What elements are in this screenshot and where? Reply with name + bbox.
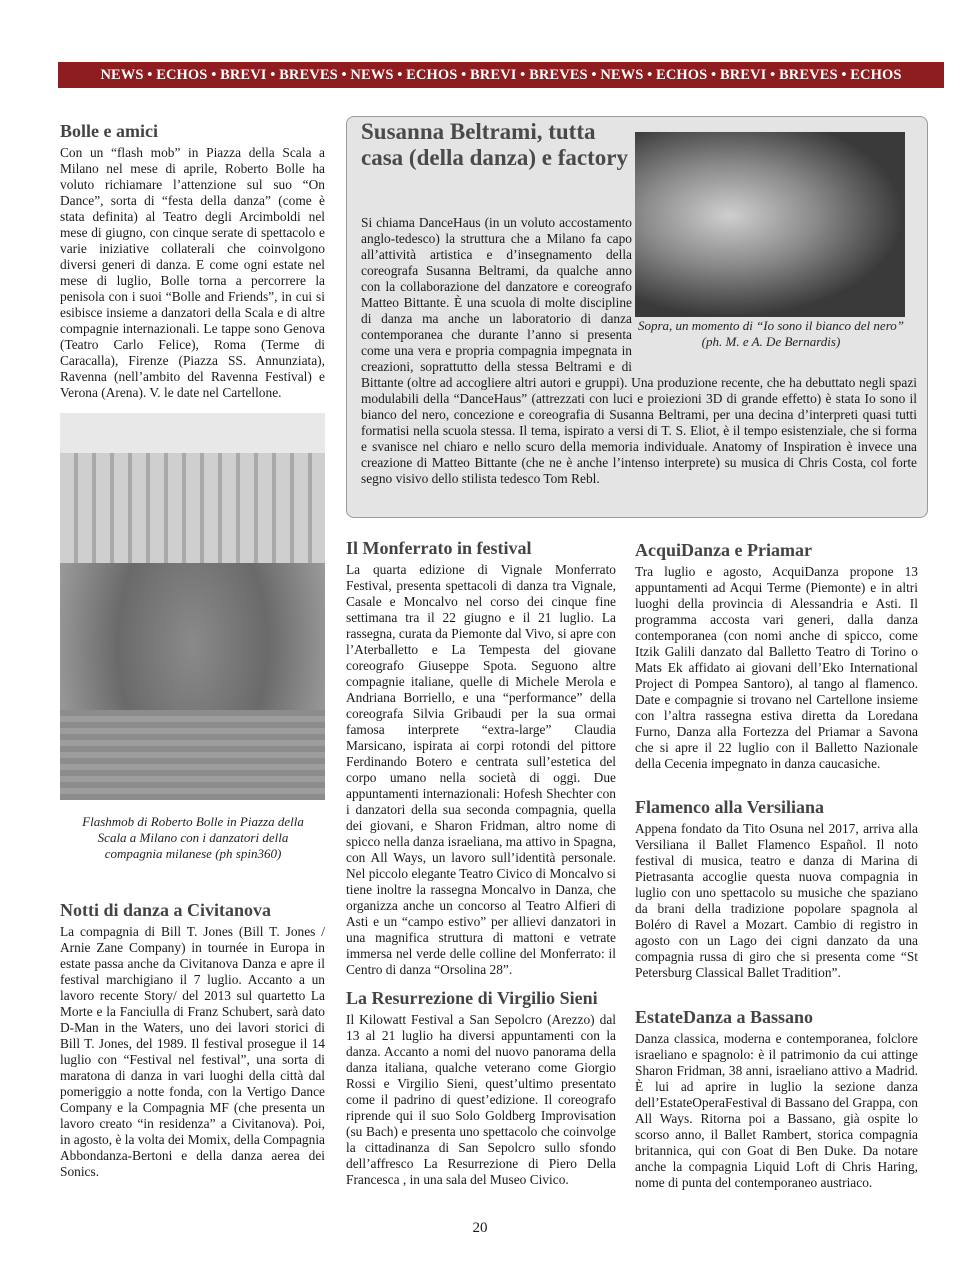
article-body: La quarta edizione di Vignale Monferrato… bbox=[346, 562, 616, 978]
article-title: AcquiDanza e Priamar bbox=[635, 540, 918, 561]
float-spacer bbox=[632, 215, 917, 375]
feature-body-wrap: Si chiama DanceHaus (in un voluto accost… bbox=[361, 215, 917, 487]
article-body: Tra luglio e agosto, AcquiDanza propone … bbox=[635, 564, 918, 772]
feature-box-beltrami: Susanna Beltrami, tutta casa (della danz… bbox=[346, 116, 928, 518]
flashmob-photo bbox=[60, 413, 325, 800]
article-flamenco: Flamenco alla Versiliana Appena fondato … bbox=[635, 797, 918, 981]
article-body: Appena fondato da Tito Osuna nel 2017, a… bbox=[635, 821, 918, 981]
article-sieni: La Resurrezione di Virgilio Sieni Il Kil… bbox=[346, 988, 616, 1188]
article-bolle: Bolle e amici Con un “flash mob” in Piaz… bbox=[60, 121, 325, 401]
article-title: Bolle e amici bbox=[60, 121, 325, 142]
article-title: La Resurrezione di Virgilio Sieni bbox=[346, 988, 616, 1009]
feature-title: Susanna Beltrami, tutta casa (della danz… bbox=[361, 119, 631, 171]
article-body: La compagnia di Bill T. Jones (Bill T. J… bbox=[60, 924, 325, 1180]
article-body: Danza classica, moderna e contemporanea,… bbox=[635, 1031, 918, 1191]
page-number: 20 bbox=[0, 1220, 960, 1237]
article-title: EstateDanza a Bassano bbox=[635, 1007, 918, 1028]
photo-ground bbox=[60, 710, 325, 800]
article-title: Flamenco alla Versiliana bbox=[635, 797, 918, 818]
article-acquidanza: AcquiDanza e Priamar Tra luglio e agosto… bbox=[635, 540, 918, 772]
article-monferrato: Il Monferrato in festival La quarta ediz… bbox=[346, 538, 616, 978]
article-civitanova: Notti di danza a Civitanova La compagnia… bbox=[60, 900, 325, 1180]
article-bassano: EstateDanza a Bassano Danza classica, mo… bbox=[635, 1007, 918, 1191]
photo-building bbox=[60, 453, 325, 563]
article-body: Il Kilowatt Festival a San Sepolcro (Are… bbox=[346, 1012, 616, 1188]
article-title: Notti di danza a Civitanova bbox=[60, 900, 325, 921]
article-title: Il Monferrato in festival bbox=[346, 538, 616, 559]
flashmob-caption: Flashmob di Roberto Bolle in Piazza dell… bbox=[68, 814, 318, 862]
article-body: Con un “flash mob” in Piazza della Scala… bbox=[60, 145, 325, 401]
news-banner: NEWS • ECHOS • BREVI • BREVES • NEWS • E… bbox=[58, 62, 944, 88]
